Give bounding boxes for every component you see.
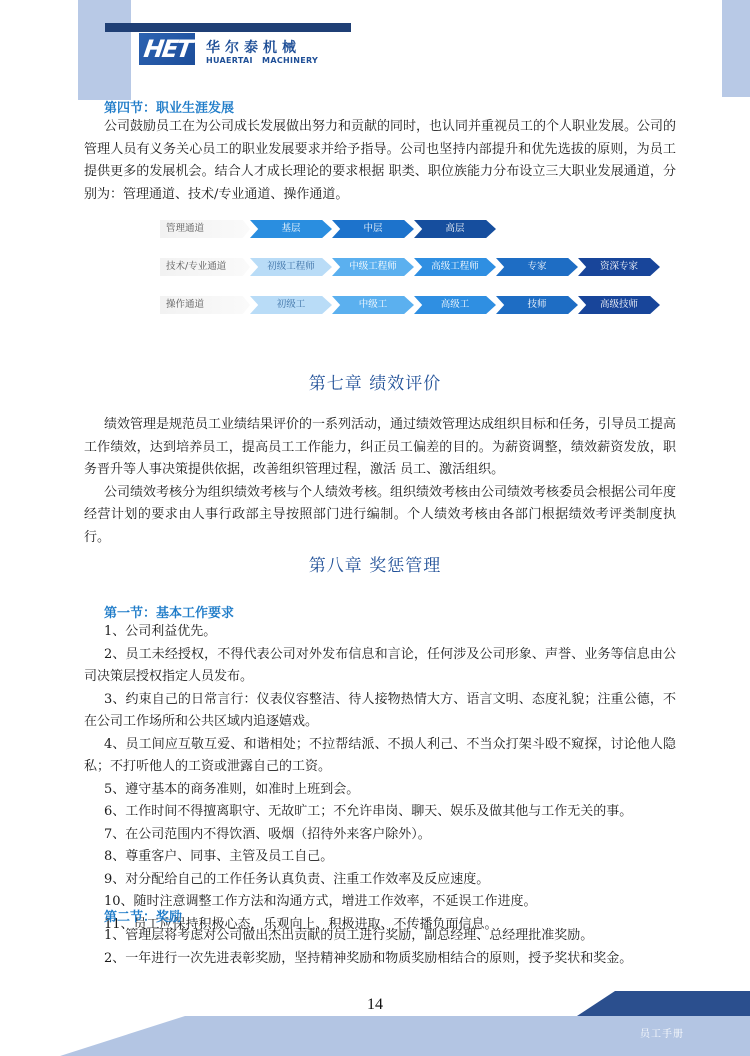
- career-step: 基层: [250, 220, 332, 238]
- career-row-technical: 技术/专业通道 初级工程师 中级工程师 高级工程师 专家 资深专家: [160, 258, 660, 276]
- list-item: 2、一年进行一次先进表彰奖励，坚持精神奖励和物质奖励相结合的原则，授予奖状和奖金…: [84, 948, 676, 971]
- basic-requirements-list: 1、公司利益优先。 2、员工未经授权，不得代表公司对外发布信息和言论，任何涉及公…: [84, 621, 676, 936]
- career-step: 技师: [496, 296, 578, 314]
- company-name-en: HUAERTAI MACHINERY: [206, 56, 318, 65]
- career-path-diagram: 管理通道 基层 中层 高层 技术/专业通道 初级工程师 中级工程师 高级工程师 …: [160, 220, 660, 320]
- career-row-management: 管理通道 基层 中层 高层: [160, 220, 496, 238]
- page-number: 14: [360, 996, 390, 1014]
- career-step: 中层: [332, 220, 414, 238]
- list-item: 6、工作时间不得擅离职守、无故旷工；不允许串岗、聊天、娱乐及做其他与工作无关的事…: [84, 801, 676, 824]
- career-step: 初级工: [250, 296, 332, 314]
- list-item: 3、约束自己的日常言行：仪表仪容整洁、待人接物热情大方、语言文明、态度礼貌；注重…: [84, 689, 676, 734]
- list-item: 7、在公司范围内不得饮酒、吸烟（招待外来客户除外）。: [84, 824, 676, 847]
- career-row-label: 技术/专业通道: [160, 258, 250, 276]
- chapter7-paragraph: 绩效管理是规范员工业绩结果评价的一系列活动，通过绩效管理达成组织目标和任务，引导…: [84, 414, 676, 482]
- rewards-list: 1、管理层将考虑对公司做出杰出贡献的员工进行奖励，副总经理、总经理批准奖励。 2…: [84, 925, 676, 970]
- footer-band: [0, 1016, 750, 1056]
- section-heading-basic-requirements: 第一节：基本工作要求: [104, 602, 234, 621]
- career-row-label: 管理通道: [160, 220, 250, 238]
- list-item: 4、员工间应互敬互爱、和谐相处；不拉帮结派、不损人利己、不当众打架斗殴不窥探，讨…: [84, 734, 676, 779]
- career-step: 高级工: [414, 296, 496, 314]
- career-step: 高级技师: [578, 296, 660, 314]
- footer-navy-tab: [577, 991, 750, 1016]
- company-name-cn: 华尔泰机械: [206, 37, 301, 57]
- career-row-operation: 操作通道 初级工 中级工 高级工 技师 高级技师: [160, 296, 660, 314]
- section-heading-career: 第四节：职业生涯发展: [104, 97, 234, 116]
- career-step: 中级工程师: [332, 258, 414, 276]
- career-step: 高级工程师: [414, 258, 496, 276]
- career-step: 初级工程师: [250, 258, 332, 276]
- footer-handbook-label: 员工手册: [640, 1025, 684, 1040]
- chapter7-paragraph: 公司绩效考核分为组织绩效考核与个人绩效考核。组织绩效考核由公司绩效考核委员会根据…: [84, 482, 676, 550]
- chapter7-body: 绩效管理是规范员工业绩结果评价的一系列活动，通过绩效管理达成组织目标和任务，引导…: [84, 414, 676, 549]
- career-step: 高层: [414, 220, 496, 238]
- career-paragraph: 公司鼓励员工在为公司成长发展做出努力和贡献的同时，也认同并重视员工的个人职业发展…: [84, 116, 676, 206]
- list-item: 1、管理层将考虑对公司做出杰出贡献的员工进行奖励，副总经理、总经理批准奖励。: [84, 925, 676, 948]
- career-row-label: 操作通道: [160, 296, 250, 314]
- section-heading-rewards: 第二节：奖励: [104, 906, 182, 925]
- career-step: 专家: [496, 258, 578, 276]
- list-item: 1、公司利益优先。: [84, 621, 676, 644]
- list-item: 5、遵守基本的商务准则，如准时上班到会。: [84, 779, 676, 802]
- chapter-title-performance: 第七章 绩效评价: [0, 369, 750, 394]
- logo-mark-text: HET: [142, 35, 193, 63]
- list-item: 8、尊重客户、同事、主管及员工自己。: [84, 846, 676, 869]
- header-decor-left-bar: [78, 0, 131, 100]
- header-navy-bar: [105, 23, 351, 32]
- chapter-title-rewards: 第八章 奖惩管理: [0, 551, 750, 576]
- company-logo: HET: [139, 33, 195, 65]
- list-item: 9、对分配给自己的工作任务认真负责、注重工作效率及反应速度。: [84, 869, 676, 892]
- header-decor-right-bar: [722, 0, 750, 97]
- career-step: 资深专家: [578, 258, 660, 276]
- list-item: 2、员工未经授权，不得代表公司对外发布信息和言论，任何涉及公司形象、声誉、业务等…: [84, 644, 676, 689]
- career-step: 中级工: [332, 296, 414, 314]
